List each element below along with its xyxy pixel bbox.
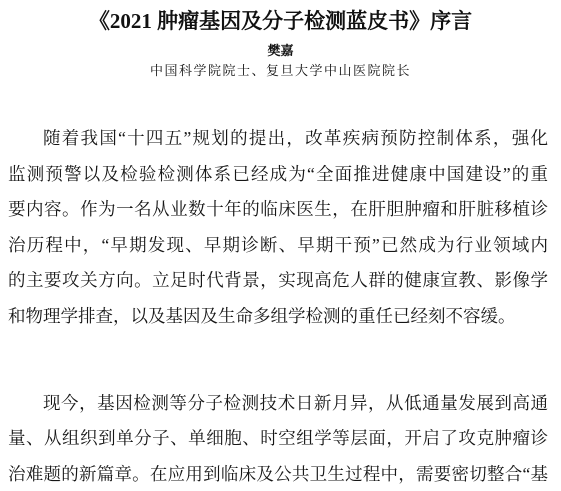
text-line: 现今，基因检测等分子检测技术日新月异，从低通量发展到高通	[8, 386, 548, 422]
document-title: 《2021 肿瘤基因及分子检测蓝皮书》序言	[6, 8, 555, 35]
text-line: 治历程中，“早期发现、早期诊断、早期干预”已然成为行业领域内	[8, 228, 548, 264]
paragraph: 随着我国“十四五”规划的提出，改革疾病预防控制体系，强化监测预警以及检验检测体系…	[8, 121, 548, 335]
author-name: 樊嘉	[0, 44, 561, 58]
text-line: 随着我国“十四五”规划的提出，改革疾病预防控制体系，强化	[8, 121, 548, 157]
document-body: 随着我国“十四五”规划的提出，改革疾病预防控制体系，强化监测预警以及检验检测体系…	[8, 121, 548, 491]
text-line: 和物理学排查，以及基因及生命多组学检测的重任已经刻不容缓。	[8, 299, 548, 335]
text-line: 治难题的新篇章。在应用到临床及公共卫生过程中，需要密切整合“基	[8, 457, 548, 491]
author-affiliation: 中国科学院院士、复旦大学中山医院院长	[0, 63, 561, 78]
text-line: 量、从组织到单分子、单细胞、时空组学等层面，开启了攻克肿瘤诊	[8, 421, 548, 457]
paragraph: 现今，基因检测等分子检测技术日新月异，从低通量发展到高通量、从组织到单分子、单细…	[8, 386, 548, 491]
text-line: 要内容。作为一名从业数十年的临床医生，在肝胆肿瘤和肝脏移植诊	[8, 192, 548, 228]
text-line: 的主要攻关方向。立足时代背景，实现高危人群的健康宣教、影像学	[8, 263, 548, 299]
text-line: 监测预警以及检验检测体系已经成为“全面推进健康中国建设”的重	[8, 157, 548, 193]
document-page: 《2021 肿瘤基因及分子检测蓝皮书》序言 樊嘉 中国科学院院士、复旦大学中山医…	[0, 8, 561, 491]
